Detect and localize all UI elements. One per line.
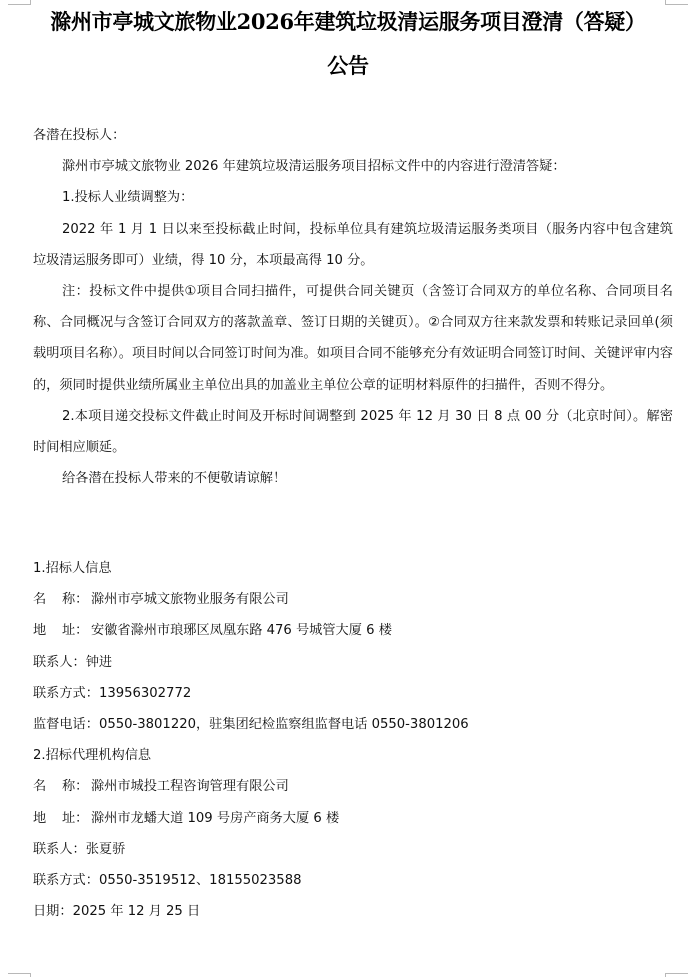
intro-paragraph: 滁州市亭城文旅物业 2026 年建筑垃圾清运服务项目招标文件中的内容进行澄清答疑… [33, 151, 673, 182]
agency-address: 滁州市龙蟠大道 109 号房产商务大厦 6 楼 [91, 811, 339, 826]
item1-note: 注：投标文件中提供①项目合同扫描件，可提供合同关键页（含签订合同双方的单位名称、… [33, 276, 673, 401]
tenderer-contact-row: 联系人：钟进 [33, 647, 673, 678]
tenderer-supervision: 0550-3801220，驻集团纪检监察组监督电话 0550-3801206 [99, 717, 469, 732]
tenderer-name: 滁州市亭城文旅物业服务有限公司 [91, 592, 289, 607]
tenderer-supervision-label: 监督电话： [33, 717, 99, 732]
crop-mark-bottom-left [8, 973, 31, 977]
agency-phone-label: 联系方式： [33, 873, 99, 888]
date-value: 2025 年 12 月 25 日 [73, 904, 201, 919]
tenderer-phone: 13956302772 [99, 686, 191, 701]
document-title-line2: 公告 [0, 50, 696, 80]
tenderer-phone-label: 联系方式： [33, 686, 99, 701]
agency-address-row: 地址：滁州市龙蟠大道 109 号房产商务大厦 6 楼 [33, 803, 673, 834]
closing-paragraph: 给各潜在投标人带来的不便敬请谅解！ [33, 463, 673, 494]
crop-mark-top-right [665, 0, 688, 5]
tenderer-supervision-row: 监督电话：0550-3801220，驻集团纪检监察组监督电话 0550-3801… [33, 709, 673, 740]
agency-contact-label: 联系人： [33, 842, 86, 857]
agency-contact: 张夏骄 [86, 842, 126, 857]
tenderer-contact: 钟进 [86, 655, 112, 670]
agency-name-row: 名称：滁州市城投工程咨询管理有限公司 [33, 771, 673, 802]
tenderer-phone-row: 联系方式：13956302772 [33, 678, 673, 709]
contact-info-section: 1.招标人信息 名称：滁州市亭城文旅物业服务有限公司 地址：安徽省滁州市琅琊区凤… [33, 553, 673, 927]
item2-paragraph: 2.本项目递交投标文件截止时间及开标时间调整到 2025 年 12 月 30 日… [33, 401, 673, 463]
agency-address-label: 地址： [33, 803, 91, 834]
tenderer-contact-label: 联系人： [33, 655, 86, 670]
salutation: 各潜在投标人： [33, 120, 673, 151]
crop-mark-top-left [8, 0, 31, 5]
tenderer-address: 安徽省滁州市琅琊区凤凰东路 476 号城管大厦 6 楼 [91, 623, 392, 638]
item1-heading: 1.投标人业绩调整为： [33, 182, 673, 213]
agency-phone: 0550-3519512、18155023588 [99, 873, 302, 888]
tenderer-name-row: 名称：滁州市亭城文旅物业服务有限公司 [33, 584, 673, 615]
announcement-body: 各潜在投标人： 滁州市亭城文旅物业 2026 年建筑垃圾清运服务项目招标文件中的… [33, 120, 673, 494]
agency-name-label: 名称： [33, 771, 91, 802]
agency-name: 滁州市城投工程咨询管理有限公司 [91, 779, 289, 794]
tenderer-name-label: 名称： [33, 584, 91, 615]
document-title: 滁州市亭城文旅物业2026年建筑垃圾清运服务项目澄清（答疑） [0, 6, 696, 36]
date-label: 日期： [33, 904, 73, 919]
tenderer-heading: 1.招标人信息 [33, 553, 673, 584]
date-row: 日期：2025 年 12 月 25 日 [33, 896, 673, 927]
crop-mark-bottom-right [665, 973, 688, 977]
tenderer-address-row: 地址：安徽省滁州市琅琊区凤凰东路 476 号城管大厦 6 楼 [33, 615, 673, 646]
agency-heading: 2.招标代理机构信息 [33, 740, 673, 771]
agency-phone-row: 联系方式：0550-3519512、18155023588 [33, 865, 673, 896]
item1-body: 2022 年 1 月 1 日以来至投标截止时间，投标单位具有建筑垃圾清运服务类项… [33, 214, 673, 276]
agency-contact-row: 联系人：张夏骄 [33, 834, 673, 865]
tenderer-address-label: 地址： [33, 615, 91, 646]
